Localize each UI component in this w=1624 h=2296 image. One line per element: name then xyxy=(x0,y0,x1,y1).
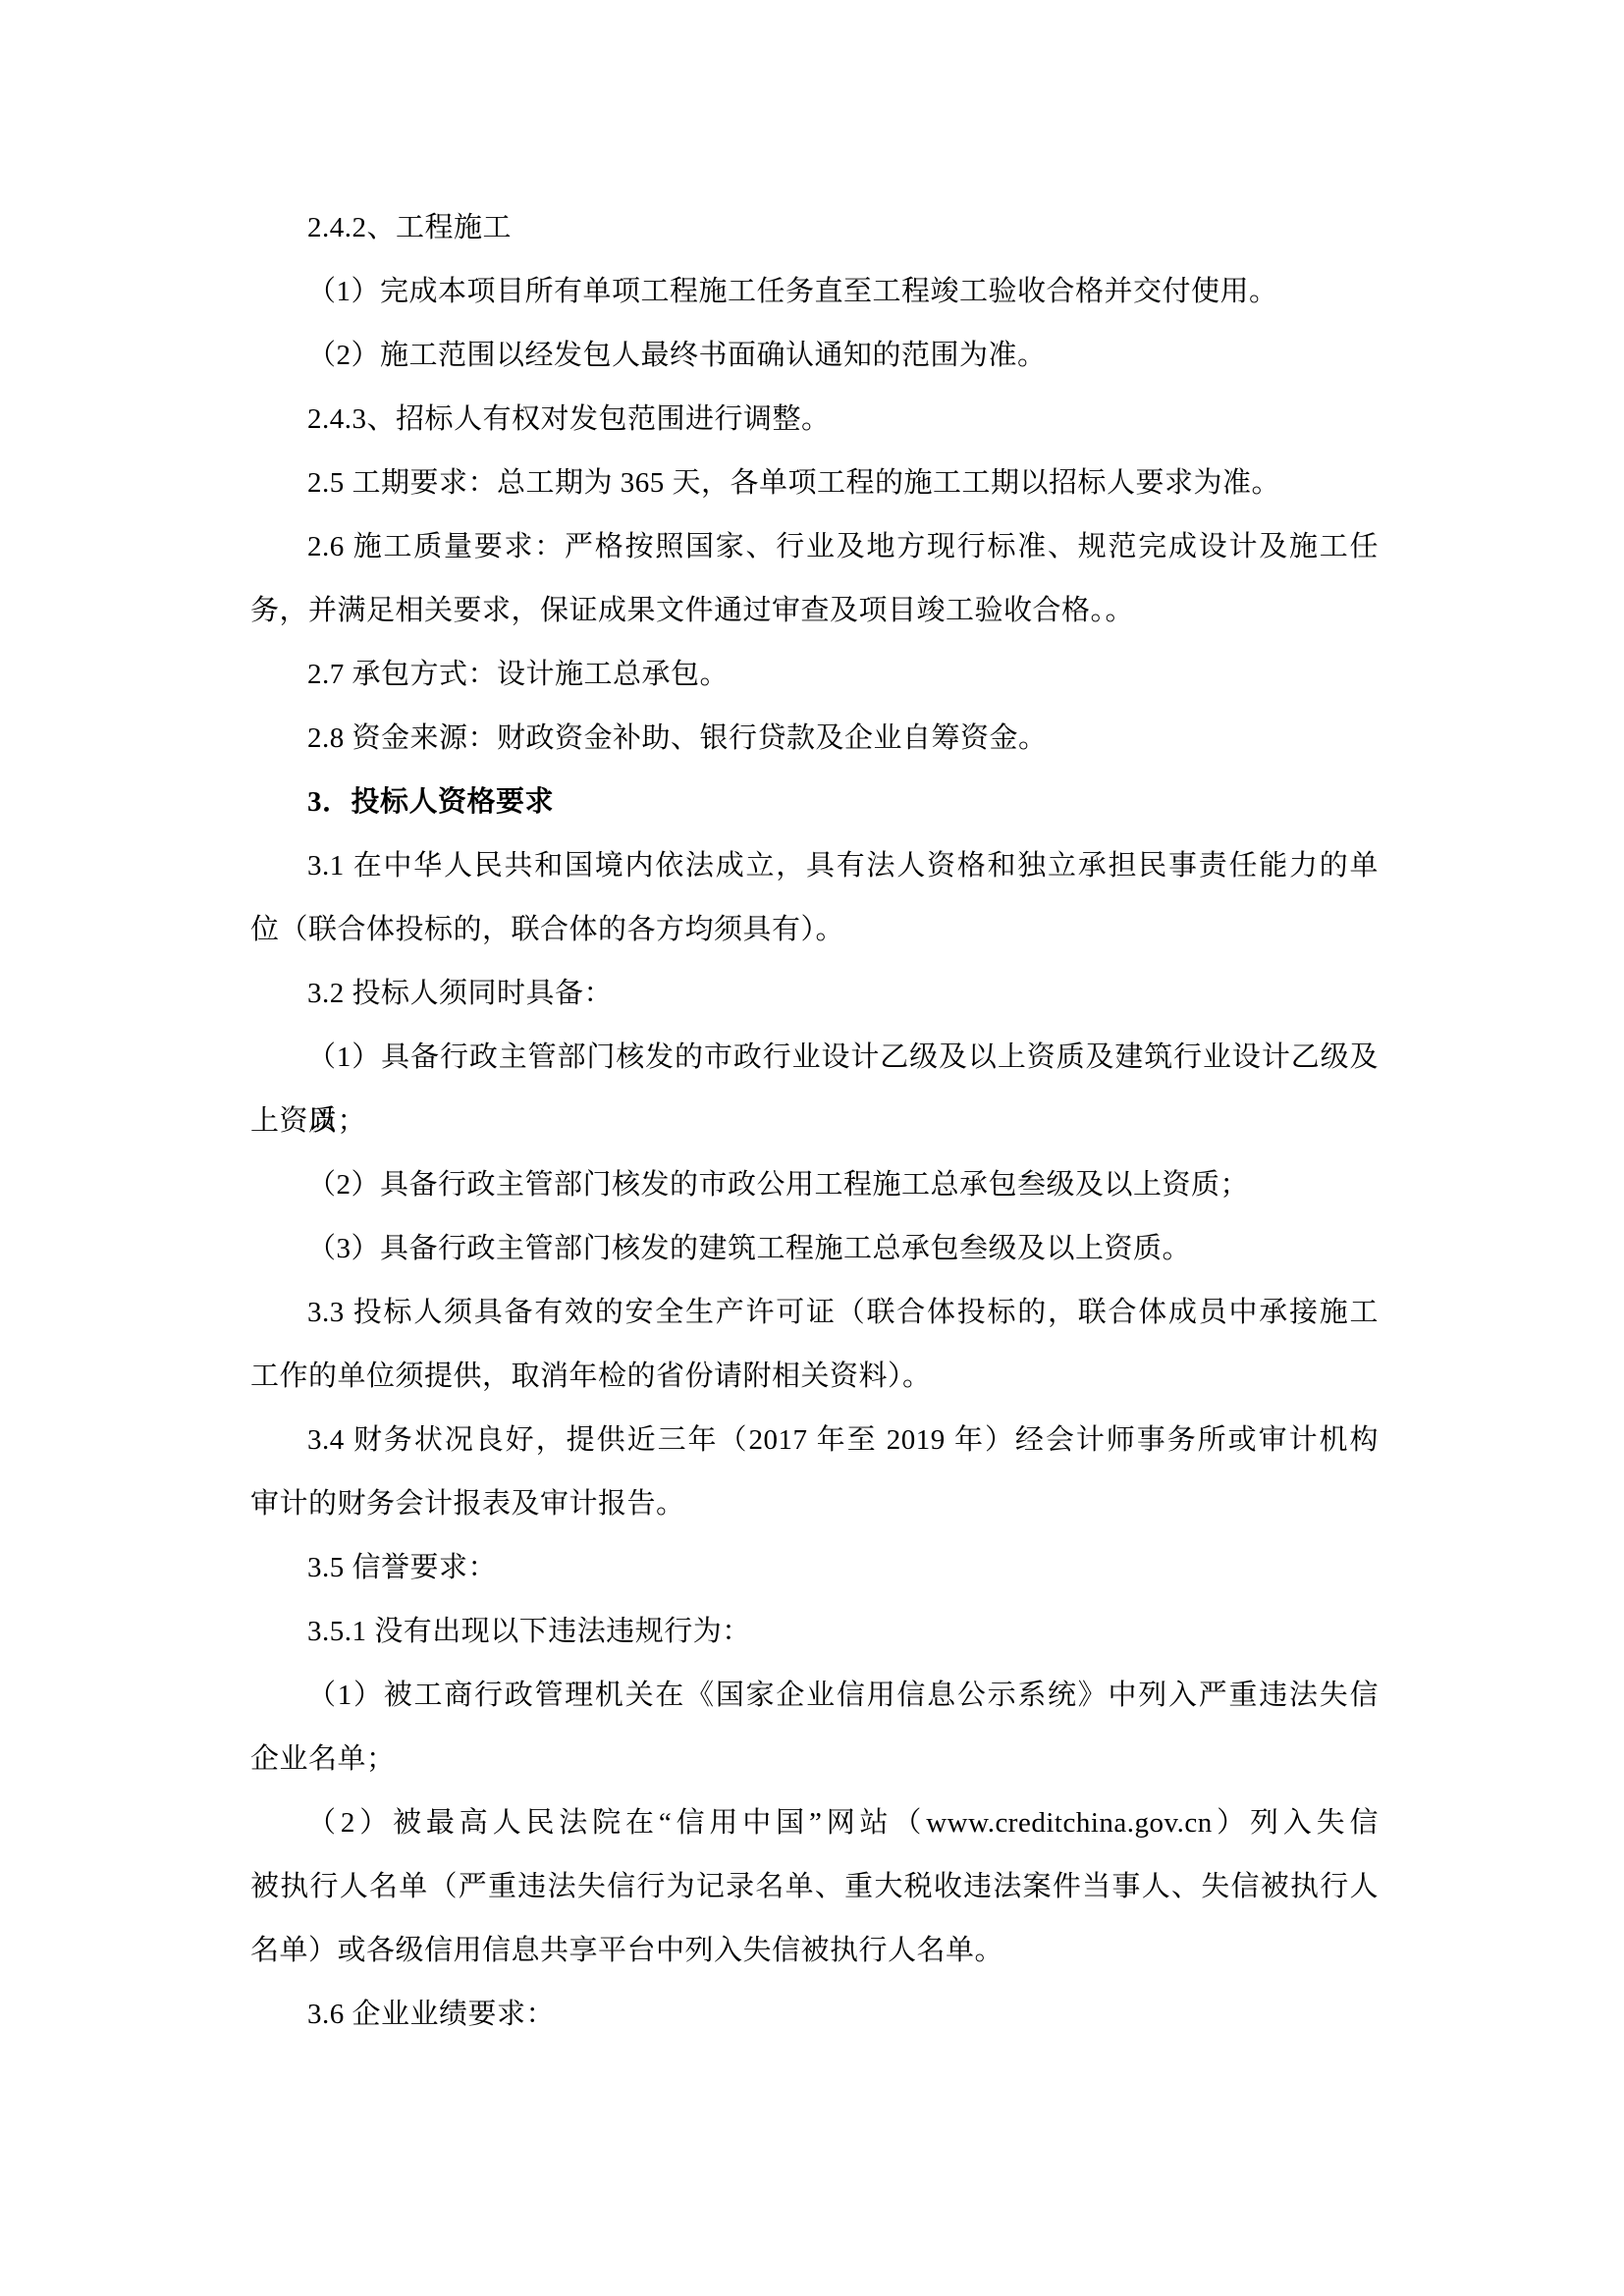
clause-3-5-1-item-1-cont: 企业名单； xyxy=(250,1728,1379,1791)
clause-3-5-1-item-2-cont: 被执行人名单（严重违法失信行为记录名单、重大税收违法案件当事人、失信被执行人 xyxy=(250,1855,1379,1919)
clause-3-3: 3.3 投标人须具备有效的安全生产许可证（联合体投标的，联合体成员中承接施工 xyxy=(250,1281,1379,1345)
document-page: 2.4.2、工程施工 （1）完成本项目所有单项工程施工任务直至工程竣工验收合格并… xyxy=(0,0,1624,2296)
clause-3-2-item-2: （2）具备行政主管部门核发的市政公用工程施工总承包叁级及以上资质； xyxy=(250,1153,1379,1217)
clause-3-2-item-3: （3）具备行政主管部门核发的建筑工程施工总承包叁级及以上资质。 xyxy=(250,1217,1379,1281)
clause-3-2-item-1-cont: 上资质； xyxy=(250,1090,1379,1153)
clause-2-4-3: 2.4.3、招标人有权对发包范围进行调整。 xyxy=(250,388,1379,452)
clause-3-4: 3.4 财务状况良好，提供近三年（2017 年至 2019 年）经会计师事务所或… xyxy=(250,1409,1379,1472)
clause-3-5-1-item-1: （1）被工商行政管理机关在《国家企业信用信息公示系统》中列入严重违法失信 xyxy=(250,1664,1379,1728)
clause-3-5-1-item-2: （2）被最高人民法院在“信用中国”网站（www.creditchina.gov.… xyxy=(250,1791,1379,1855)
clause-2-4-2-heading: 2.4.2、工程施工 xyxy=(250,196,1379,260)
clause-3-3-continuation: 工作的单位须提供，取消年检的省份请附相关资料）。 xyxy=(250,1345,1379,1409)
clause-2-4-2-item-1: （1）完成本项目所有单项工程施工任务直至工程竣工验收合格并交付使用。 xyxy=(250,260,1379,324)
clause-2-6: 2.6 施工质量要求：严格按照国家、行业及地方现行标准、规范完成设计及施工任 xyxy=(250,515,1379,579)
clause-3-5: 3.5 信誉要求： xyxy=(250,1536,1379,1600)
clause-2-5: 2.5 工期要求：总工期为 365 天，各单项工程的施工工期以招标人要求为准。 xyxy=(250,452,1379,515)
clause-3-2-item-1: （1）具备行政主管部门核发的市政行业设计乙级及以上资质及建筑行业设计乙级及以 xyxy=(250,1026,1379,1090)
clause-3-1-continuation: 位（联合体投标的，联合体的各方均须具有）。 xyxy=(250,898,1379,962)
clause-2-8: 2.8 资金来源：财政资金补助、银行贷款及企业自筹资金。 xyxy=(250,707,1379,771)
clause-3-5-1-item-2-cont-2: 名单）或各级信用信息共享平台中列入失信被执行人名单。 xyxy=(250,1919,1379,1983)
clause-2-7: 2.7 承包方式：设计施工总承包。 xyxy=(250,643,1379,707)
clause-2-4-2-item-2: （2）施工范围以经发包人最终书面确认通知的范围为准。 xyxy=(250,324,1379,388)
clause-3-4-continuation: 审计的财务会计报表及审计报告。 xyxy=(250,1472,1379,1536)
clause-3-1: 3.1 在中华人民共和国境内依法成立，具有法人资格和独立承担民事责任能力的单 xyxy=(250,834,1379,898)
clause-3-6: 3.6 企业业绩要求： xyxy=(250,1983,1379,2047)
document-body: 2.4.2、工程施工 （1）完成本项目所有单项工程施工任务直至工程竣工验收合格并… xyxy=(250,196,1379,2047)
clause-3-2: 3.2 投标人须同时具备： xyxy=(250,962,1379,1026)
clause-2-6-continuation: 务，并满足相关要求，保证成果文件通过审查及项目竣工验收合格。。 xyxy=(250,579,1379,643)
clause-3-5-1: 3.5.1 没有出现以下违法违规行为： xyxy=(250,1600,1379,1664)
section-3-heading: 3．投标人资格要求 xyxy=(250,771,1379,834)
